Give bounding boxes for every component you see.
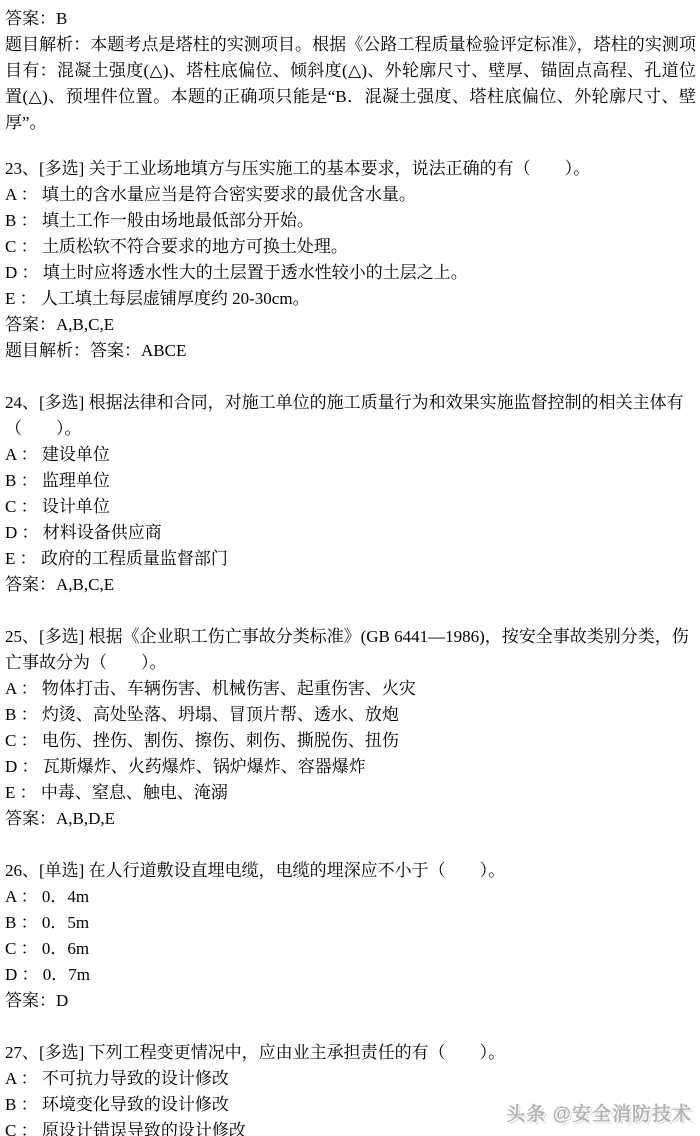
option-row-c: C ： 0．6m	[5, 936, 696, 962]
option-row-a: A ： 0．4m	[5, 884, 696, 910]
answer-line: 答案：A,B,C,E	[5, 312, 696, 338]
option-row-e: E ： 中毒、窒息、触电、淹溺	[5, 780, 696, 806]
analysis-text: 题目解析：本题考点是塔柱的实测项目。根据《公路工程质量检验评定标准》，塔柱的实测…	[5, 32, 696, 136]
option-row-d: D ： 材料设备供应商	[5, 520, 696, 546]
option-row-b: B ： 填土工作一般由场地最低部分开始。	[5, 208, 696, 234]
option-row-d: D ： 填土时应将透水性大的土层置于透水性较小的土层之上。	[5, 260, 696, 286]
option-row-e: E ： 政府的工程质量监督部门	[5, 546, 696, 572]
answer-line: 答案：A,B,D,E	[5, 806, 696, 832]
option-row-c: C ： 土质松软不符合要求的地方可换土处理。	[5, 234, 696, 260]
option-row-b: B ： 0．5m	[5, 910, 696, 936]
option-row-b: B ： 灼烫、高处坠落、坍塌、冒顶片帮、透水、放炮	[5, 702, 696, 728]
option-row-a: A ： 建设单位	[5, 442, 696, 468]
option-row-c: C ： 设计单位	[5, 494, 696, 520]
answer-line: 答案：D	[5, 988, 696, 1014]
analysis-text: 题目解析：答案：ABCE	[5, 338, 696, 364]
question-22-result: 答案：B 题目解析：本题考点是塔柱的实测项目。根据《公路工程质量检验评定标准》，…	[5, 6, 696, 136]
option-row-e: E ： 人工填土每层虚铺厚度约 20-30cm。	[5, 286, 696, 312]
option-row-a: A ： 填土的含水量应当是符合密实要求的最优含水量。	[5, 182, 696, 208]
answer-line: 答案：B	[5, 6, 696, 32]
option-row-d: D ： 0．7m	[5, 962, 696, 988]
question-23: 23、[多选] 关于工业场地填方与压实施工的基本要求，说法正确的有（ ）。 A …	[5, 156, 696, 364]
document-page: 答案：B 题目解析：本题考点是塔柱的实测项目。根据《公路工程质量检验评定标准》，…	[0, 0, 700, 1136]
question-header: 23、[多选] 关于工业场地填方与压实施工的基本要求，说法正确的有（ ）。	[5, 156, 696, 182]
question-25: 25、[多选] 根据《企业职工伤亡事故分类标准》(GB 6441—1986)，按…	[5, 624, 696, 832]
question-24: 24、[多选] 根据法律和合同，对施工单位的施工质量行为和效果实施监督控制的相关…	[5, 390, 696, 598]
option-row-b: B ： 监理单位	[5, 468, 696, 494]
question-header: 27、[多选] 下列工程变更情况中，应由业主承担责任的有（ ）。	[5, 1040, 696, 1066]
option-row-a: A ： 不可抗力导致的设计修改	[5, 1066, 696, 1092]
option-row-a: A ： 物体打击、车辆伤害、机械伤害、起重伤害、火灾	[5, 676, 696, 702]
question-header: 24、[多选] 根据法律和合同，对施工单位的施工质量行为和效果实施监督控制的相关…	[5, 390, 696, 442]
question-header: 25、[多选] 根据《企业职工伤亡事故分类标准》(GB 6441—1986)，按…	[5, 624, 696, 676]
watermark: 头条 @安全消防技术	[506, 1102, 692, 1128]
question-header: 26、[单选] 在人行道敷设直埋电缆，电缆的埋深应不小于（ ）。	[5, 858, 696, 884]
question-26: 26、[单选] 在人行道敷设直埋电缆，电缆的埋深应不小于（ ）。 A ： 0．4…	[5, 858, 696, 1014]
option-row-c: C ： 电伤、挫伤、割伤、擦伤、刺伤、撕脱伤、扭伤	[5, 728, 696, 754]
answer-line: 答案：A,B,C,E	[5, 572, 696, 598]
option-row-d: D ： 瓦斯爆炸、火药爆炸、锅炉爆炸、容器爆炸	[5, 754, 696, 780]
